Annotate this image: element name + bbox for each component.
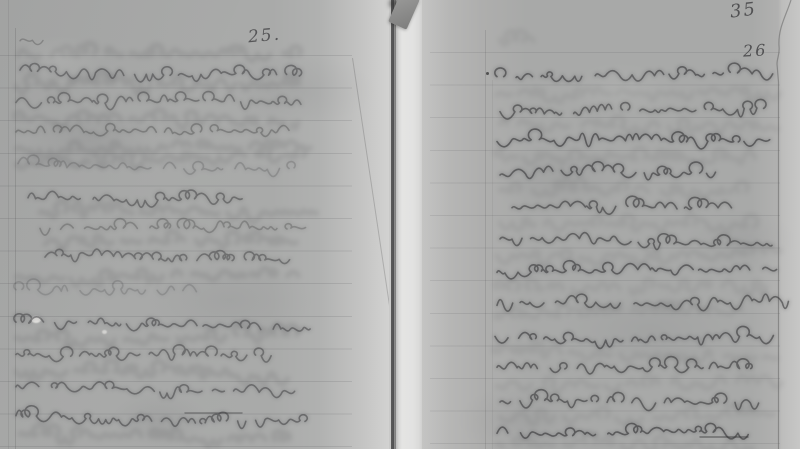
handwritten-text-line <box>512 196 732 214</box>
handwritten-text-line <box>16 381 295 398</box>
manuscript-scan: 25. 35 26 <box>0 0 800 449</box>
paper-speck <box>102 330 107 334</box>
handwritten-text-line <box>18 155 307 176</box>
ink-dot <box>486 72 489 75</box>
handwritten-text-line <box>500 99 766 119</box>
ruled-lines-right <box>430 52 780 449</box>
handwritten-text-line <box>495 63 780 81</box>
handwritten-text-line <box>16 92 301 110</box>
handwritten-text-line <box>28 190 251 207</box>
handwritten-text-line <box>20 64 302 82</box>
handwritten-text-line <box>40 218 306 235</box>
crease-line-left-page <box>352 58 411 449</box>
paper-speck <box>31 316 41 323</box>
handwritten-text-line <box>14 279 197 295</box>
handwritten-text-line <box>14 314 310 331</box>
folio-number: 35 <box>729 0 758 23</box>
handwriting-layer <box>0 0 800 449</box>
texture-overlay <box>0 0 800 449</box>
page-edge-curve <box>777 0 791 449</box>
page-number-right: 26 <box>743 40 768 60</box>
margin-line-right-page <box>485 30 486 449</box>
page-number-left: 25. <box>247 25 282 48</box>
bookmark-tab <box>388 0 420 30</box>
handwritten-text-line <box>497 129 770 149</box>
handwritten-text-line <box>497 261 777 279</box>
handwritten-text-line <box>500 233 772 250</box>
left-page: 25. <box>0 0 389 449</box>
margin-line-right-page-secondary <box>492 80 493 449</box>
handwritten-text-line <box>497 423 758 439</box>
showthrough-right <box>494 31 794 449</box>
margin-line-left-page <box>15 28 16 449</box>
binding-gutter <box>389 0 422 449</box>
handwritten-text-line <box>497 294 794 311</box>
handwritten-text-line <box>16 345 271 362</box>
handwritten-text-line <box>495 326 773 348</box>
handwritten-text-line <box>45 249 290 263</box>
ruled-lines-left <box>0 55 352 449</box>
showthrough-left <box>14 43 318 446</box>
left-page-edge-line <box>8 0 9 449</box>
handwritten-text-line <box>500 390 770 411</box>
handwritten-text-line <box>500 162 715 180</box>
ink-smudge-left <box>14 64 310 429</box>
right-page: 35 26 <box>422 0 800 449</box>
ink-smudge-right <box>495 63 794 439</box>
handwritten-text-line <box>16 406 307 429</box>
handwriting-right <box>495 63 794 439</box>
handwritten-text-line <box>16 124 289 137</box>
handwriting-left <box>14 39 310 428</box>
handwritten-text-line <box>497 357 752 374</box>
